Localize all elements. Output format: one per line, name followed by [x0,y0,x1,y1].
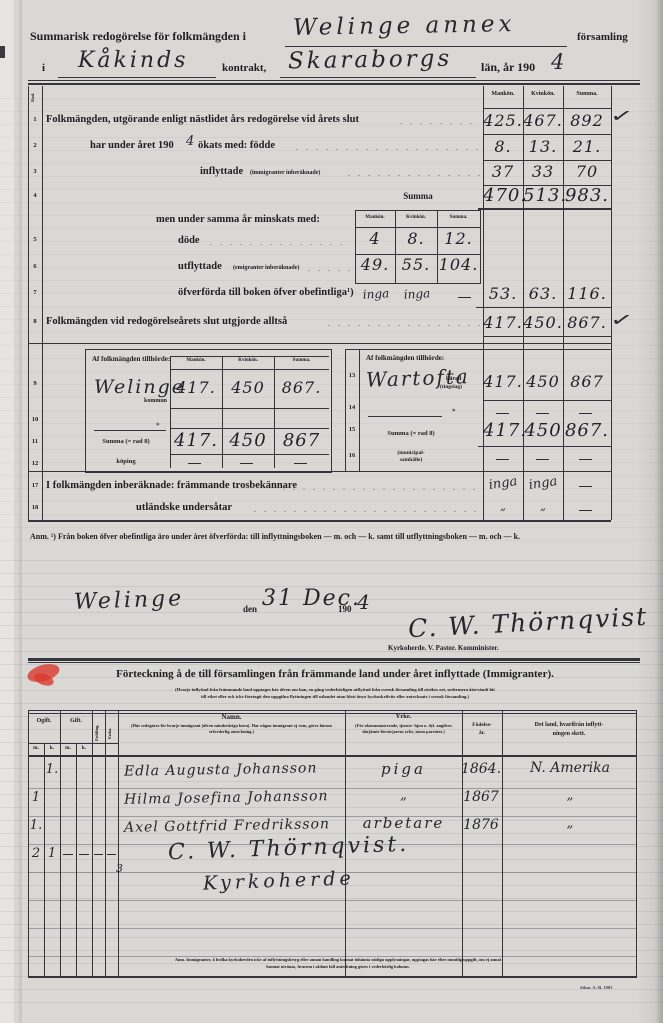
row9-women: 450 [222,378,274,397]
signature-place-handwritten: Welinge [74,586,185,615]
forsamling-label: församling [577,31,628,43]
header-ogift: Ogift. [28,718,60,724]
row15-women: 450 [523,420,563,441]
scanned-form-page: Summarisk redogörelse för folkmängden i … [0,0,663,1023]
row1-ogift-k: 1. [44,762,60,777]
row2-year-handwritten: 4 [186,134,194,149]
footnote-anm: Anm. ¹) Från boken öfver obefintliga äro… [30,532,636,541]
row-number: 5 [28,236,42,243]
row-number: 11 [28,438,42,445]
contract-handwritten: Kåkinds [78,48,188,73]
lan-year-label: län, år 190 [481,60,535,75]
row14-ditto: » [452,406,456,414]
immigrant-occupation-ditto: „ [345,788,462,803]
row9-sum: 867. [274,378,329,397]
immigrant-birthyear: 1867 [458,789,504,805]
row16-municipal-label1: (municipal- [345,450,477,456]
header-enka-vertical: Enka. [107,712,117,754]
immigrants-note-line2: till riket eller ock icke företagit den … [60,694,610,700]
row-number: 4 [28,192,42,199]
row17-men-handwritten: inga [482,473,524,493]
row3-note: (immigranter inberäknade) [250,170,320,176]
row-number: 3 [28,168,42,175]
line2-i: i [42,62,45,74]
row2-label-pre: har under året 190 [90,140,174,151]
row11-men: 417. [170,430,222,451]
kontrakt-label: kontrakt, [222,62,266,74]
immigrants-table: Ogift. Gift. m. k. m. k. Enkling. Enka. … [28,710,637,978]
signature-year-handwritten: 4 [357,590,370,614]
row8-women: 450. [523,313,563,332]
row13-women: 450 [523,372,563,391]
row6-label: utflyttade [178,261,222,272]
header-yrke-note: (För okommunicerade, tjenste- hjon o. dy… [349,723,458,734]
row-number: 13 [345,372,359,379]
row17-label: I folkmängden inberäknade: främmande tro… [46,480,297,491]
row12-koping-label: köping [86,458,166,465]
signature-name-handwritten: C. W. Thörnqvist [407,602,648,644]
row7-women-handwritten: inga [396,286,439,302]
row4-summa-label: Summa [358,191,478,201]
row2-men: 8. [483,137,523,156]
signature-mark-3: 3 [116,862,123,875]
row-number: 10 [28,416,42,423]
row13-men: 417. [483,372,523,391]
row3-women: 33 [523,162,563,181]
row-number: 14 [345,404,359,411]
totals-ogift-k: 1 [44,846,60,861]
checkmark: ✓ [609,105,635,127]
row-number: 17 [28,482,42,489]
year-handwritten: 4 [551,50,564,74]
inner-header-kvinkon: Kvinkön. [395,215,437,220]
parish-name-handwritten: Welinge annex [293,11,516,41]
population-summary-table: Rad. 1 2 3 4 5 6 7 8 9 10 11 12 17 18 Ma… [28,86,612,522]
row17-women-handwritten: inga [522,473,564,493]
header-gift-m: m. [60,745,76,751]
row3-sum: 70 [563,162,611,181]
rad-column-label: Rad. [30,88,41,106]
row18-men-ditto: „ [483,500,523,513]
immigrants-title: Förteckning å de till församlingen från … [55,668,615,680]
row10-ditto: » [156,420,160,428]
row-number: 8 [28,318,42,325]
row5-men: 4 [355,229,395,248]
row2-ogift-m: 1 [28,790,44,805]
immigrant-country: N. Amerika [504,760,636,776]
kommun-box: Af folkmängden tillhörde: Mankön. Kvinkö… [85,349,332,473]
immigrant-name: Edla Augusta Johansson [124,760,318,779]
immigrant-birthyear: 1864. [458,761,504,777]
table-footnote-line2: kunnat utrönas, hvarom i sådant fall ant… [148,964,528,970]
left-box-header-mankon: Mankön. [170,358,222,363]
row6-men: 49. [355,255,395,274]
row7-men-handwritten: inga [356,286,397,302]
header-land-line1: Det land, hvarifrån inflytt- [502,722,636,728]
header-fodelse-ar: år. [462,730,502,736]
immigrant-country-ditto: „ [504,816,636,831]
row7-women-total: 63. [523,284,563,303]
row6-note: (emigranter inberäknade) [233,265,299,271]
row-number: 18 [28,504,42,511]
immigrant-name: Axel Gottfrid Fredriksson [124,816,330,836]
left-box-header-summa: Summa. [274,358,329,363]
header-enkling-vertical: Enkling. [94,712,104,754]
inner-header-mankon: Mankön. [355,215,395,220]
header-gift-k: k. [76,745,92,751]
header-gift: Gift. [60,718,92,724]
column-header-summa: Summa. [563,91,611,97]
column-header-mankon: Mankön. [483,91,523,97]
year-print: 190 [338,604,352,614]
row18-label: utländske undersåtar [136,502,232,513]
left-box-header-kvinkon: Kvinkön. [222,358,274,363]
row3-ogift-m: 1. [28,818,44,833]
immigrants-signature-title: Kyrkoherde [203,867,355,894]
right-box-title: Af folkmängden tillhörde: [366,354,444,362]
header-ogift-m: m. [28,745,44,751]
row-number: 9 [28,380,42,387]
immigrant-birthyear: 1876 [458,817,504,833]
row13-tingslag-label: (tingslag) [440,384,462,390]
row4-women: 513. [523,185,563,206]
row9-kommun-label: kommun [144,398,167,404]
row15-men: 417. [483,420,523,441]
row-number: 12 [28,460,42,467]
row4-sum: 983. [563,185,611,206]
row1-sum: 892 [563,111,611,130]
printer-mark: Sthm. A.-B. 1903 [580,985,612,990]
column-header-kvinkon: Kvinkön. [523,91,563,97]
immigrant-country-ditto: „ [504,788,636,803]
row4-men: 470. [483,185,523,206]
row15-summa-label: Summa (= rad 8) [345,430,477,437]
row6-sum: 104. [437,255,480,274]
row13-harad-label: härad [446,376,461,382]
checkmark: ✓ [609,309,635,331]
row-number: 6 [28,263,42,270]
immigrant-name: Hilma Josefina Johansson [124,788,329,808]
row3-men: 37 [483,162,523,181]
immigrants-signature-name: C. W. Thörnqvist. [168,832,410,865]
row11-summa-label: Summa (= rad 8) [86,438,166,445]
header-ogift-k: k. [44,745,60,751]
form-title: Summarisk redogörelse för folkmängden i [30,29,246,44]
row5-sum: 12. [437,229,480,248]
scan-edge-mark [0,46,5,58]
row9-men: 417. [170,378,222,397]
row7-men-total: 53. [483,284,523,303]
row1-men: 425. [483,111,523,130]
decrease-group-label: men under samma år minskats med: [156,214,320,225]
immigrants-note-line1: (Hvarje inflyttad från främmande land up… [40,687,630,693]
row18-women-ditto: „ [523,500,563,513]
row6-women: 55. [395,255,437,274]
row-number: 1 [28,116,42,123]
header-land-line2: ningen skett. [502,731,636,737]
totals-ogift-m: 2 [28,846,44,861]
row8-label: Folkmängden vid redogörelseårets slut ut… [46,316,287,327]
row1-women: 467. [523,111,563,130]
row2-sum: 21. [563,137,611,156]
immigrant-occupation: arbetare [345,814,462,832]
row3-label: inflyttade [200,166,243,177]
header-fodelse: Födelse- [462,722,502,728]
row7-label: öfverförda till boken öfver obefintliga¹… [178,287,354,298]
row7-sum-total: 116. [563,284,611,303]
row8-men: 417. [483,313,523,332]
row11-sum: 867 [274,430,329,451]
inner-header-summa: Summa. [437,215,480,220]
row5-label: döde [178,235,200,246]
immigrant-occupation: piga [345,760,462,778]
row13-sum: 867 [563,372,611,391]
row-number: 2 [28,142,42,149]
left-box-title: Af folkmängden tillhörde: [92,355,170,363]
row16-municipal-label2: samhälle) [345,457,477,463]
den-label: den [243,604,257,614]
row8-sum: 867. [563,313,611,332]
scan-right-shadow [655,0,663,1023]
row-number: 7 [28,289,42,296]
table-footnote-line1: Anm. Immigranter, å hvilka kyrkoherden i… [68,957,608,963]
signature-titles: Kyrkoherde. V. Pastor. Komminister. [388,644,499,652]
header-yrke: Yrke. [345,713,462,720]
row15-sum: 867. [563,420,611,441]
county-handwritten: Skaraborgs [288,46,453,75]
row2-label-post: ökats med: födde [198,140,275,151]
header-namn-note: (Här redogöres för hvarje immigrant (äfv… [124,723,339,734]
row5-women: 8. [395,229,437,248]
header-namn: Namn. [118,713,345,721]
row1-label: Folkmängden, utgörande enligt nästlidet … [46,114,359,125]
row11-women: 450 [222,430,274,451]
row2-women: 13. [523,137,563,156]
